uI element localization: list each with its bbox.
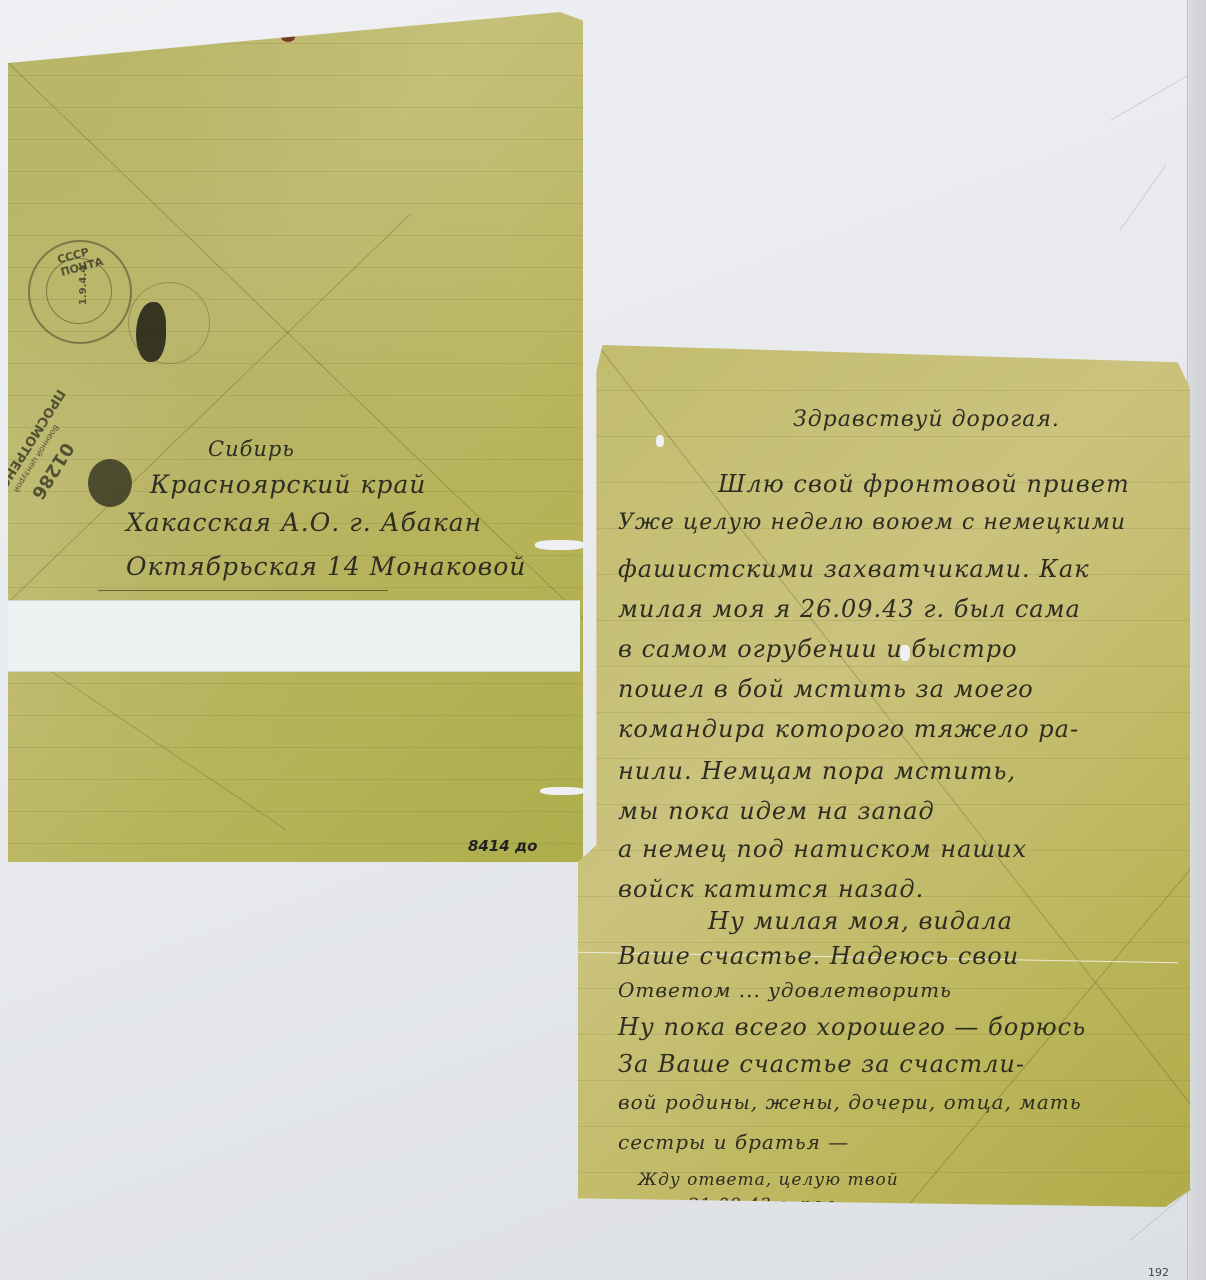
- letter-line: фашистскими захватчиками. Как: [618, 555, 1090, 583]
- tear-notch: [540, 787, 585, 795]
- letter-line: За Ваше счастье за счастли-: [618, 1050, 1025, 1078]
- letter-line: а немец под натиском наших: [618, 835, 1027, 863]
- letter-line: нили. Немцам пора мстить,: [618, 757, 1016, 785]
- partial-stamp: [128, 282, 210, 364]
- letter-line: Ну пока всего хорошего — борюсь: [618, 1013, 1086, 1041]
- address-line-city: Хакасская А.О. г. Абакан: [126, 508, 482, 537]
- letter-line: Ваше счастье. Надеюсь свои: [618, 942, 1019, 970]
- letter-line: мы пока идем на запад: [618, 797, 935, 825]
- paper-hole: [656, 435, 664, 447]
- letter-line: вой родины, жены, дочери, отца, мать: [618, 1090, 1082, 1114]
- letter-line: Ну милая моя, видала: [708, 907, 1013, 935]
- postmark-date: 1.9.4.4: [78, 266, 89, 305]
- letter-line: Уже целую неделю воюем с немецкими: [618, 510, 1126, 535]
- envelope-sheet: СССР ПОЧТА 1.9.4.4 ПРОСМОТРЕНО Военной ц…: [8, 12, 583, 862]
- underline: [98, 590, 388, 591]
- archive-number: 8414 до: [468, 837, 537, 855]
- letter-line: сестры и братья —: [618, 1130, 849, 1154]
- stain-mark: [281, 32, 295, 42]
- censor-stamp: ПРОСМОТРЕНО Военной цензурой 01286: [0, 373, 140, 531]
- letter-sheet: Здравствуй дорогая. Шлю свой фронтовой п…: [578, 345, 1190, 1207]
- letter-line: пошел в бой мстить за моего: [618, 675, 1034, 703]
- censor-stamp-number: 01286: [27, 439, 78, 503]
- seal-stamp: [88, 459, 132, 507]
- letter-greeting: Здравствуй дорогая.: [793, 407, 1060, 432]
- fold-line: [37, 662, 286, 831]
- letter-line: милая моя я 26.09.43 г. был сама: [618, 595, 1081, 623]
- letter-line: командира которого тяжело ра-: [618, 715, 1079, 743]
- address-line-street: Октябрьская 14 Монаковой: [126, 552, 526, 581]
- scratch-mark: [1120, 165, 1167, 231]
- letter-line: Ответом ... удовлетворить: [618, 978, 952, 1002]
- letter-line: войск катится назад.: [618, 875, 924, 903]
- tear-notch: [535, 540, 585, 550]
- letter-line: Жду ответа, целую твой: [638, 1170, 899, 1190]
- page-number: 192: [1148, 1266, 1169, 1279]
- letter-line: 21.09.43 г. пол: [688, 1195, 836, 1215]
- letter-line: в самом огрубении и быстро: [618, 635, 1018, 663]
- letter-line: Шлю свой фронтовой привет: [718, 470, 1130, 498]
- address-line-region: Сибирь: [208, 437, 295, 461]
- fold-line: [7, 62, 598, 632]
- scratch-mark: [1110, 75, 1188, 121]
- address-line-territory: Красноярский край: [150, 470, 426, 499]
- postmark-stamp: СССР ПОЧТА 1.9.4.4: [28, 240, 132, 344]
- paper-overlay-strip: [8, 600, 580, 672]
